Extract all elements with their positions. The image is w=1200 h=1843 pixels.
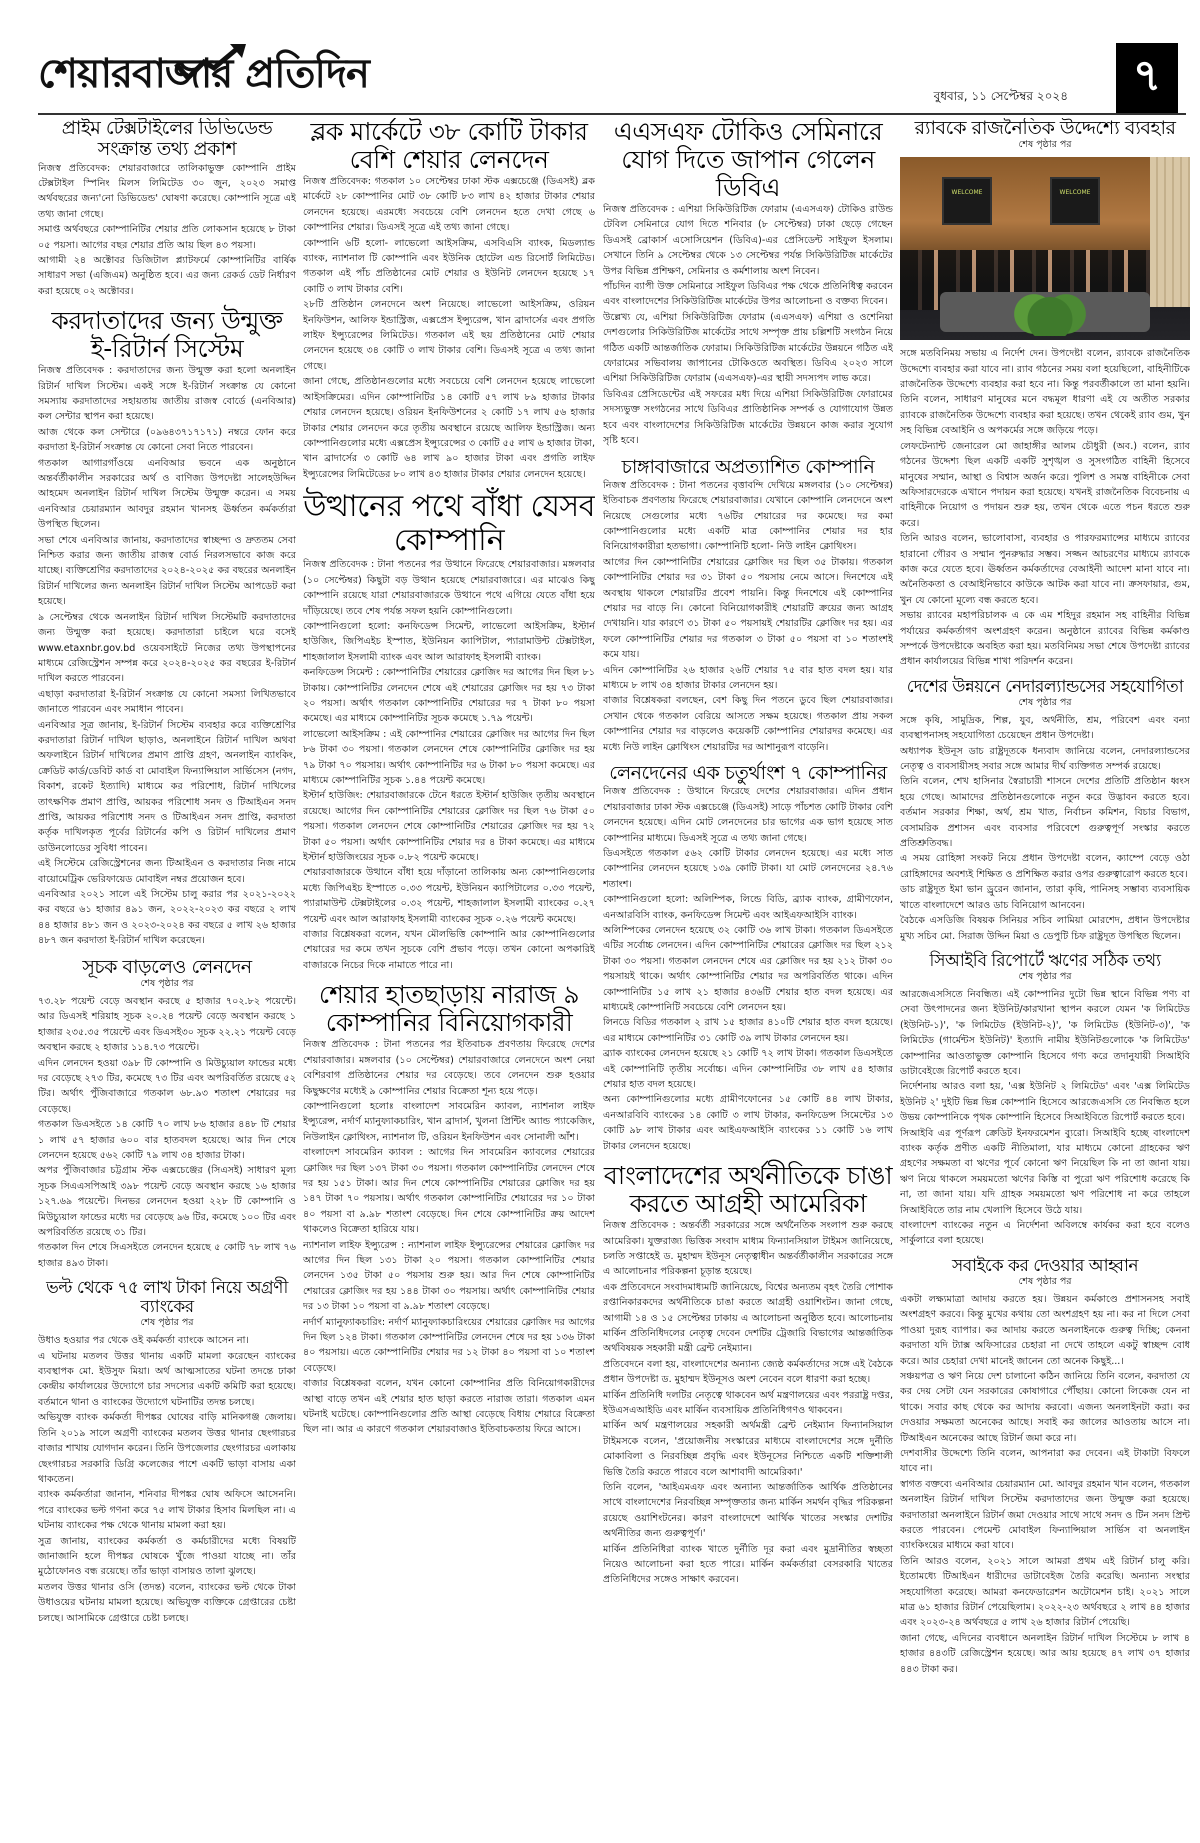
article-paragraph: শেয়ারবাজারকে উত্থানে বাঁধা হয়ে দাঁড়ান…: [303, 865, 595, 927]
article-paragraph: জানা গেছে, এদিনের ব্যবধানে অনলাইন রিটার্…: [900, 1631, 1190, 1677]
continued-from-label: শেষ পৃষ্ঠার পর: [900, 970, 1190, 985]
article-paragraph: নিজস্ব প্রতিবেদক: গতকাল ১০ সেপ্টেম্বর ঢা…: [303, 174, 595, 236]
article-paragraph: বৈঠকে এসডিজি বিষয়ক সিনিয়র সচিব লামিয়া…: [900, 913, 1190, 944]
article-paragraph: প্রতিবেদনে বলা হয়, বাংলাদেশের অন্যান্য …: [603, 1357, 893, 1388]
article-paragraph: বাংলাদেশ সাবমেরিন ক্যাবল : আগের দিন সাবম…: [303, 1145, 595, 1237]
article-paragraph: নিজস্ব প্রতিবেদক : অন্তর্বর্তী সরকারের স…: [603, 1218, 893, 1280]
article-paragraph: কোম্পানিগুলো হলো: অলিম্পিক, লিন্ডে বিডি,…: [603, 892, 893, 923]
article-paragraph: তিনি বলেন, 'আইএমএফ এবং অন্যান্য আন্তর্জা…: [603, 1480, 893, 1542]
article-headline: প্রাইম টেক্সটাইলের ডিভিডেন্ড সংক্রান্ত ত…: [38, 118, 296, 161]
article-headline: সূচক বাড়লেও লেনদেন: [38, 957, 296, 978]
article-paragraph: সঙ্গে কৃষি, সামুদ্রিক, শিল্প, যুব, অর্থন…: [900, 713, 1190, 744]
article-paragraph: ৭৩.২৮ পয়েন্ট বেড়ে অবস্থান করছে ৫ হাজার…: [38, 994, 296, 1056]
article-paragraph: তিনি বলেন, শেখ হাসিনার স্বৈরাচারী শাসনে …: [900, 774, 1190, 851]
article-paragraph: পাঁচদিন ব্যাপী উক্ত সেমিনারে সাইফুল ডিবি…: [603, 279, 893, 310]
table-plants: [1010, 281, 1090, 336]
masthead: শেয়ারবাজার প্রতিদিন বুধবার, ১১ সেপ্টেম্…: [38, 40, 1186, 115]
article-paragraph: নিজস্ব প্রতিবেদক : করদাতাদের জন্য উন্মুক…: [38, 363, 296, 425]
news-article: প্রাইম টেক্সটাইলের ডিভিডেন্ড সংক্রান্ত ত…: [38, 118, 296, 299]
article-paragraph: আগের দিন কোম্পানিটির শেয়ারের ক্লোজিং দর…: [603, 555, 893, 663]
article-paragraph: উধাও হওয়ার পর থেকে ওই কর্মকর্তা ব্যাংকে…: [38, 1333, 296, 1348]
continued-from-label: শেষ পৃষ্ঠার পর: [900, 138, 1190, 153]
continued-from-label: শেষ পৃষ্ঠার পর: [38, 977, 296, 992]
continued-from-label: শেষ পৃষ্ঠার পর: [900, 696, 1190, 711]
article-paragraph: বাংলাদেশ ব্যাংকের নতুন এ নির্দেশনা অবিলম…: [900, 1218, 1190, 1249]
article-paragraph: কোম্পানিগুলো হলোঃ বাংলাদেশ সাবমেরিন ক্যা…: [303, 1099, 595, 1145]
welcome-screen: WELCOME: [942, 177, 992, 225]
article-paragraph: ইস্টার্ন হাউজিং: শেয়ারবাজারকে টেনে ধরতে…: [303, 788, 595, 865]
news-article: সবাইকে কর দেওয়ার আহ্বানশেষ পৃষ্ঠার পরএক…: [900, 1257, 1190, 1677]
article-paragraph: নর্দার্ণ ম্যানুফ্যাকচারিং: নর্দার্ণ ম্যা…: [303, 1315, 595, 1377]
news-article: করদাতাদের জন্য উন্মুক্ত ই-রিটার্ন সিস্টে…: [38, 307, 296, 948]
article-paragraph: ব্যাংক কর্মকর্তারা জানান, শনিবার দীপঙ্কর…: [38, 1487, 296, 1533]
welcome-screen: WELCOME: [1050, 177, 1100, 225]
article-paragraph: ২৮টি প্রতিষ্ঠান লেনদেনে অংশ নিয়েছে। লাভ…: [303, 297, 595, 374]
article-headline: ভল্ট থেকে ৭৫ লাখ টাকা নিয়ে অগ্রণী ব্যাং…: [38, 1279, 296, 1317]
screen-text: WELCOME: [1052, 189, 1098, 196]
article-paragraph: এ ঘটনায় মতলব উত্তর থানায় একটি মামলা কর…: [38, 1349, 296, 1411]
window-blinds: [1150, 157, 1190, 307]
article-paragraph: এদিন লেনদেন হওয়া ৩৯৮ টি কোম্পানি ও মিউচ…: [38, 1056, 296, 1118]
article-paragraph: অপর পুঁজিবাজার চট্টগ্রাম স্টক এক্সচেঞ্জে…: [38, 1163, 296, 1240]
article-headline: র‍্যাবকে রাজনৈতিক উদ্দেশ্যে ব্যবহার: [900, 118, 1190, 139]
article-paragraph: সভায় র‍্যাবের মহাপরিচালক এ কে এম শহিদুর…: [900, 608, 1190, 670]
article-body: সঙ্গে কৃষি, সামুদ্রিক, শিল্প, যুব, অর্থন…: [900, 713, 1190, 944]
article-body: নিজস্ব প্রতিবেদক : অন্তর্বর্তী সরকারের স…: [603, 1218, 893, 1588]
article-headline: ব্লক মার্কেটে ৩৮ কোটি টাকার বেশি শেয়ার …: [303, 118, 595, 174]
article-paragraph: তিনি আরও বলেন, ভালোবাসা, ব্যবহার ও পারফর…: [900, 531, 1190, 608]
article-paragraph: সঙ্গে মতবিনিময় সভায় এ নির্দেশ দেন। উপদ…: [900, 346, 1190, 438]
article-paragraph: ডিএসইতে গতকাল ৫৬২ কোটি টাকার লেনদেন হয়ে…: [603, 846, 893, 892]
article-paragraph: সুত্র জানায়, ব্যাংকের কর্মকর্তা ও কর্মচ…: [38, 1534, 296, 1580]
article-paragraph: জানা গেছে, প্রতিষ্ঠানগুলোর মধ্যে সবচেয়ে…: [303, 374, 595, 482]
column-4: র‍্যাবকে রাজনৈতিক উদ্দেশ্যে ব্যবহারশেষ প…: [900, 118, 1190, 1823]
news-article: লেনদেনের এক চতুর্থাংশ ৭ কোম্পানিরনিজস্ব …: [603, 763, 893, 1154]
article-headline: শেয়ার হাতছাড়ায় নারাজ ৯ কোম্পানির বিনি…: [303, 981, 595, 1037]
article-paragraph: এই সিস্টেমে রেজিস্ট্রেশনের জন্য টিআইএন ও…: [38, 856, 296, 887]
article-paragraph: আরজেএসসিতে নিবন্ধিত। এই কোম্পানির দুটো ভ…: [900, 987, 1190, 1079]
article-paragraph: লেফটেন্যান্ট জেনারেল মো জাহাঙ্গীর আলম চৌ…: [900, 439, 1190, 531]
news-article: র‍্যাবকে রাজনৈতিক উদ্দেশ্যে ব্যবহারশেষ প…: [900, 118, 1190, 670]
article-paragraph: ডিবিএর প্রেসিডেন্টের এই সফরের মধ্য দিয়ে…: [603, 387, 893, 449]
article-body: নিজস্ব প্রতিবেদক : উত্থানে ফিরেছে দেশের …: [603, 784, 893, 1154]
newspaper-logo: শেয়ারবাজার প্রতিদিন: [38, 48, 369, 100]
article-paragraph: এনবিআর ২০২১ সালে এই সিস্টেম চালু করার পর…: [38, 887, 296, 949]
column-3: এএসএফ টোকিও সেমিনারে যোগ দিতে জাপান গেলে…: [603, 118, 893, 1823]
article-paragraph: অভিযুক্ত ব্যাংক কর্মকর্তা দীপঙ্কর ঘোষের …: [38, 1410, 296, 1487]
article-paragraph: স্বাগত বক্তব্যে এনবিআর চেয়ারম্যান মো. আ…: [900, 1477, 1190, 1554]
article-headline: দেশের উন্নয়নে নেদারল্যান্ডসের সহযোগিতা: [900, 678, 1190, 697]
article-paragraph: আজ থেকে কল সেন্টারে (০৯৬৪৩৭১৭১৭১) নম্বরে…: [38, 425, 296, 456]
article-paragraph: অন্য কোম্পানিগুলোর মধ্যে গ্রামীণফোনের ১৫…: [603, 1092, 893, 1154]
column-2: ব্লক মার্কেটে ৩৮ কোটি টাকার বেশি শেয়ার …: [303, 118, 595, 1823]
article-body: নিজস্ব প্রতিবেদক : এশিয়া সিকিউরিটিজ ফোর…: [603, 202, 893, 449]
article-paragraph: অলিম্পিকের লেনদেন হয়েছে ৩২ কোটি ৩৬ লাখ …: [603, 923, 893, 1015]
article-paragraph: মার্কিন প্রতিনিধি দলটির নেতৃত্বে থাকবেন …: [603, 1388, 893, 1419]
article-paragraph: ৯ সেপ্টেম্বর থেকে অনলাইন রিটার্ন দাখিল স…: [38, 610, 296, 687]
article-body: নিজস্ব প্রতিবেদক: শেয়ারবাজারে তালিকাভুক…: [38, 161, 296, 300]
article-paragraph: বাজার বিশ্লেষকরা বলছেন, বেশ কিছু দিন পতন…: [603, 693, 893, 755]
news-article: উত্থানের পথে বাঁধা যেসব কোম্পানিনিজস্ব প…: [303, 490, 595, 973]
column-1: প্রাইম টেক্সটাইলের ডিভিডেন্ড সংক্রান্ত ত…: [38, 118, 296, 1823]
article-paragraph: অধ্যাপক ইউনূস ডাচ রাষ্ট্রদূতকে ধন্যবাদ জ…: [900, 744, 1190, 775]
article-paragraph: উল্লেখ্য যে, এশিয়া সিকিউরিটিজ ফোরাম (এএ…: [603, 310, 893, 387]
news-article: ব্লক মার্কেটে ৩৮ কোটি টাকার বেশি শেয়ার …: [303, 118, 595, 482]
article-paragraph: গতকাল ডিএসইতে ১৪ কোটি ৭০ লাখ ৮৬ হাজার ৪৪…: [38, 1117, 296, 1163]
article-paragraph: নিজস্ব প্রতিবেদক : এশিয়া সিকিউরিটিজ ফোর…: [603, 202, 893, 279]
article-paragraph: দেশবাসীর উদ্দেশ্যে তিনি বলেন, আপনারা কর …: [900, 1446, 1190, 1477]
article-body: নিজস্ব প্রতিবেদক: গতকাল ১০ সেপ্টেম্বর ঢা…: [303, 174, 595, 482]
article-paragraph: নির্দেশনায় আরও বলা হয়, 'এক্স ইউনিট ২ ল…: [900, 1079, 1190, 1125]
article-paragraph: আগামী ২৪ অক্টোবর ডিজিটাল প্ল্যাটফর্মে কো…: [38, 253, 296, 299]
article-body: একটা লক্ষ্যমাত্রা আদায় করতে হয়। উন্নয়…: [900, 1292, 1190, 1677]
article-headline: উত্থানের পথে বাঁধা যেসব কোম্পানি: [303, 490, 595, 557]
news-article: ভল্ট থেকে ৭৫ লাখ টাকা নিয়ে অগ্রণী ব্যাং…: [38, 1279, 296, 1626]
article-headline: সবাইকে কর দেওয়ার আহ্বান: [900, 1257, 1190, 1276]
article-paragraph: তিনি আরও বলেন, ২০২১ সালে আমরা প্রথম এই র…: [900, 1554, 1190, 1631]
continued-from-label: শেষ পৃষ্ঠার পর: [900, 1275, 1190, 1290]
article-body: ৭৩.২৮ পয়েন্ট বেড়ে অবস্থান করছে ৫ হাজার…: [38, 994, 296, 1271]
article-paragraph: এনবিআর সূত্র জানায়, ই-রিটার্ন সিস্টেম ব…: [38, 718, 296, 857]
article-paragraph: মার্কিন অর্থ মন্ত্রণালয়ের সহকারী অর্থমন…: [603, 1418, 893, 1480]
trend-up-arrow-icon: [156, 44, 246, 84]
article-paragraph: গতকাল আগারগাঁওয়ে এনবিআর ভবনে এক অনুষ্ঠা…: [38, 456, 296, 533]
article-body: নিজস্ব প্রতিবেদক : করদাতাদের জন্য উন্মুক…: [38, 363, 296, 948]
article-paragraph: একটা লক্ষ্যমাত্রা আদায় করতে হয়। উন্নয়…: [900, 1292, 1190, 1369]
article-body: নিজস্ব প্রতিবেদক : টানা পতনের পর ইতিবাচক…: [303, 1037, 595, 1438]
article-paragraph: ন্যাশনাল লাইফ ইন্স্যুরেন্স : ন্যাশনাল লা…: [303, 1238, 595, 1315]
article-paragraph: এক প্রতিবেদনে সংবাদমাধ্যমটি জানিয়েছে, ব…: [603, 1280, 893, 1357]
article-photo: WELCOMEWELCOME: [900, 157, 1190, 340]
issue-date: বুধবার, ১১ সেপ্টেম্বর ২০২৪: [934, 88, 1068, 108]
article-paragraph: নিজস্ব প্রতিবেদক : টানা পতনের পর উত্থানে…: [303, 557, 595, 619]
article-paragraph: এছাড়া করদাতারা ই-রিটার্ন সংক্রান্ত যে ক…: [38, 687, 296, 718]
article-paragraph: বাজার বিশ্লেষকরা বলেন, যখন কোনো কোম্পানি…: [303, 1376, 595, 1438]
article-headline: করদাতাদের জন্য উন্মুক্ত ই-রিটার্ন সিস্টে…: [38, 307, 296, 363]
article-body: নিজস্ব প্রতিবেদক : টানা পতনের পর উত্থানে…: [303, 557, 595, 973]
article-paragraph: সমাপ্ত অর্থবছরে কোম্পানিটির শেয়ার প্রতি…: [38, 222, 296, 253]
article-paragraph: ডাচ রাষ্ট্রদূত ইমা ভান ড্রুরেন জানান, তা…: [900, 882, 1190, 913]
article-paragraph: মার্কিন প্রতিনিধিরা ব্যাংক খাতে দুর্নীতি…: [603, 1542, 893, 1588]
article-paragraph: লিনডে বিডির গতকাল ২ রাখ ১৫ হাজার ৪১০টি শ…: [603, 1015, 893, 1046]
article-paragraph: ব্র্যাক ব্যাংকের লেনদেন হয়েছে ২১ কোটি ৭…: [603, 1046, 893, 1092]
article-paragraph: গতকাল দিন শেষে সিএসইতে লেনদেন হয়েছে ৫ ক…: [38, 1240, 296, 1271]
article-headline: চাঙ্গাবাজারে অপ্রত্যাশিত কোম্পানি: [603, 457, 893, 478]
article-paragraph: মতলব উত্তর থানার ওসি (তদন্ত) বলেন, ব্যাং…: [38, 1580, 296, 1626]
article-paragraph: এ সময় রোহিঙ্গা সংকট নিয়ে প্রধান উপদেষ্…: [900, 851, 1190, 882]
article-paragraph: কোম্পানিগুলো হলো: কনফিডেন্স সিমেন্ট, লাভ…: [303, 619, 595, 665]
article-headline: এএসএফ টোকিও সেমিনারে যোগ দিতে জাপান গেলে…: [603, 118, 893, 202]
continued-from-label: শেষ পৃষ্ঠার পর: [38, 1316, 296, 1331]
news-article: শেয়ার হাতছাড়ায় নারাজ ৯ কোম্পানির বিনি…: [303, 981, 595, 1438]
article-body: সঙ্গে মতবিনিময় সভায় এ নির্দেশ দেন। উপদ…: [900, 346, 1190, 670]
news-article: চাঙ্গাবাজারে অপ্রত্যাশিত কোম্পানিনিজস্ব …: [603, 457, 893, 756]
news-article: সূচক বাড়লেও লেনদেনশেষ পৃষ্ঠার পর৭৩.২৮ প…: [38, 957, 296, 1272]
news-article: বাংলাদেশের অর্থনীতিকে চাঙা করতে আগ্রহী আ…: [603, 1162, 893, 1588]
page-number-badge: ৭: [1116, 43, 1178, 113]
article-body: আরজেএসসিতে নিবন্ধিত। এই কোম্পানির দুটো ভ…: [900, 987, 1190, 1249]
news-article: এএসএফ টোকিও সেমিনারে যোগ দিতে জাপান গেলে…: [603, 118, 893, 449]
article-paragraph: সিআইবি এর পূর্ণরূপ ক্রেডিট ইনফরমেশন ব্যু…: [900, 1126, 1190, 1218]
article-body: নিজস্ব প্রতিবেদক : টানা পতনের বৃত্তাবন্দ…: [603, 478, 893, 755]
news-article: দেশের উন্নয়নে নেদারল্যান্ডসের সহযোগিতাশ…: [900, 678, 1190, 944]
article-paragraph: বাজার বিশ্লেষকরা বলেন, যখন মৌলভিত্তি কোম…: [303, 927, 595, 973]
article-paragraph: কনফিডেন্স সিমেন্ট : কোম্পানিটির শেয়ারের…: [303, 665, 595, 727]
screen-text: WELCOME: [944, 189, 990, 196]
article-paragraph: নিজস্ব প্রতিবেদক : টানা পতনের পর ইতিবাচক…: [303, 1037, 595, 1099]
article-paragraph: নিজস্ব প্রতিবেদক : উত্থানে ফিরেছে দেশের …: [603, 784, 893, 846]
article-paragraph: নিজস্ব প্রতিবেদক : টানা পতনের বৃত্তাবন্দ…: [603, 478, 893, 555]
article-body: উধাও হওয়ার পর থেকে ওই কর্মকর্তা ব্যাংকে…: [38, 1333, 296, 1626]
article-headline: বাংলাদেশের অর্থনীতিকে চাঙা করতে আগ্রহী আ…: [603, 1162, 893, 1218]
article-headline: সিআইবি রিপোর্টে ঋণের সঠিক তথ্য: [900, 952, 1190, 971]
article-paragraph: নিজস্ব প্রতিবেদক: শেয়ারবাজারে তালিকাভুক…: [38, 161, 296, 223]
news-article: সিআইবি রিপোর্টে ঋণের সঠিক তথ্যশেষ পৃষ্ঠা…: [900, 952, 1190, 1249]
article-paragraph: এদিন কোম্পানিটির ২৬ হাজার ২৬টি শেয়ার ৭৫…: [603, 663, 893, 694]
article-paragraph: সঞ্চয়পত্র ও ঋণ নিয়ে দেশ চালানো কঠিন জা…: [900, 1369, 1190, 1446]
article-headline: লেনদেনের এক চতুর্থাংশ ৭ কোম্পানির: [603, 763, 893, 784]
article-paragraph: সভা শেষে এনবিআর জানায়, করদাতাদের স্বাচ্…: [38, 533, 296, 610]
article-paragraph: লাভেলো আইসক্রিম : এই কোম্পানির শেয়ারের …: [303, 727, 595, 789]
article-paragraph: কোম্পানি ৬টি হলো- লাভেলো আইসক্রিম, এসবিএ…: [303, 236, 595, 298]
